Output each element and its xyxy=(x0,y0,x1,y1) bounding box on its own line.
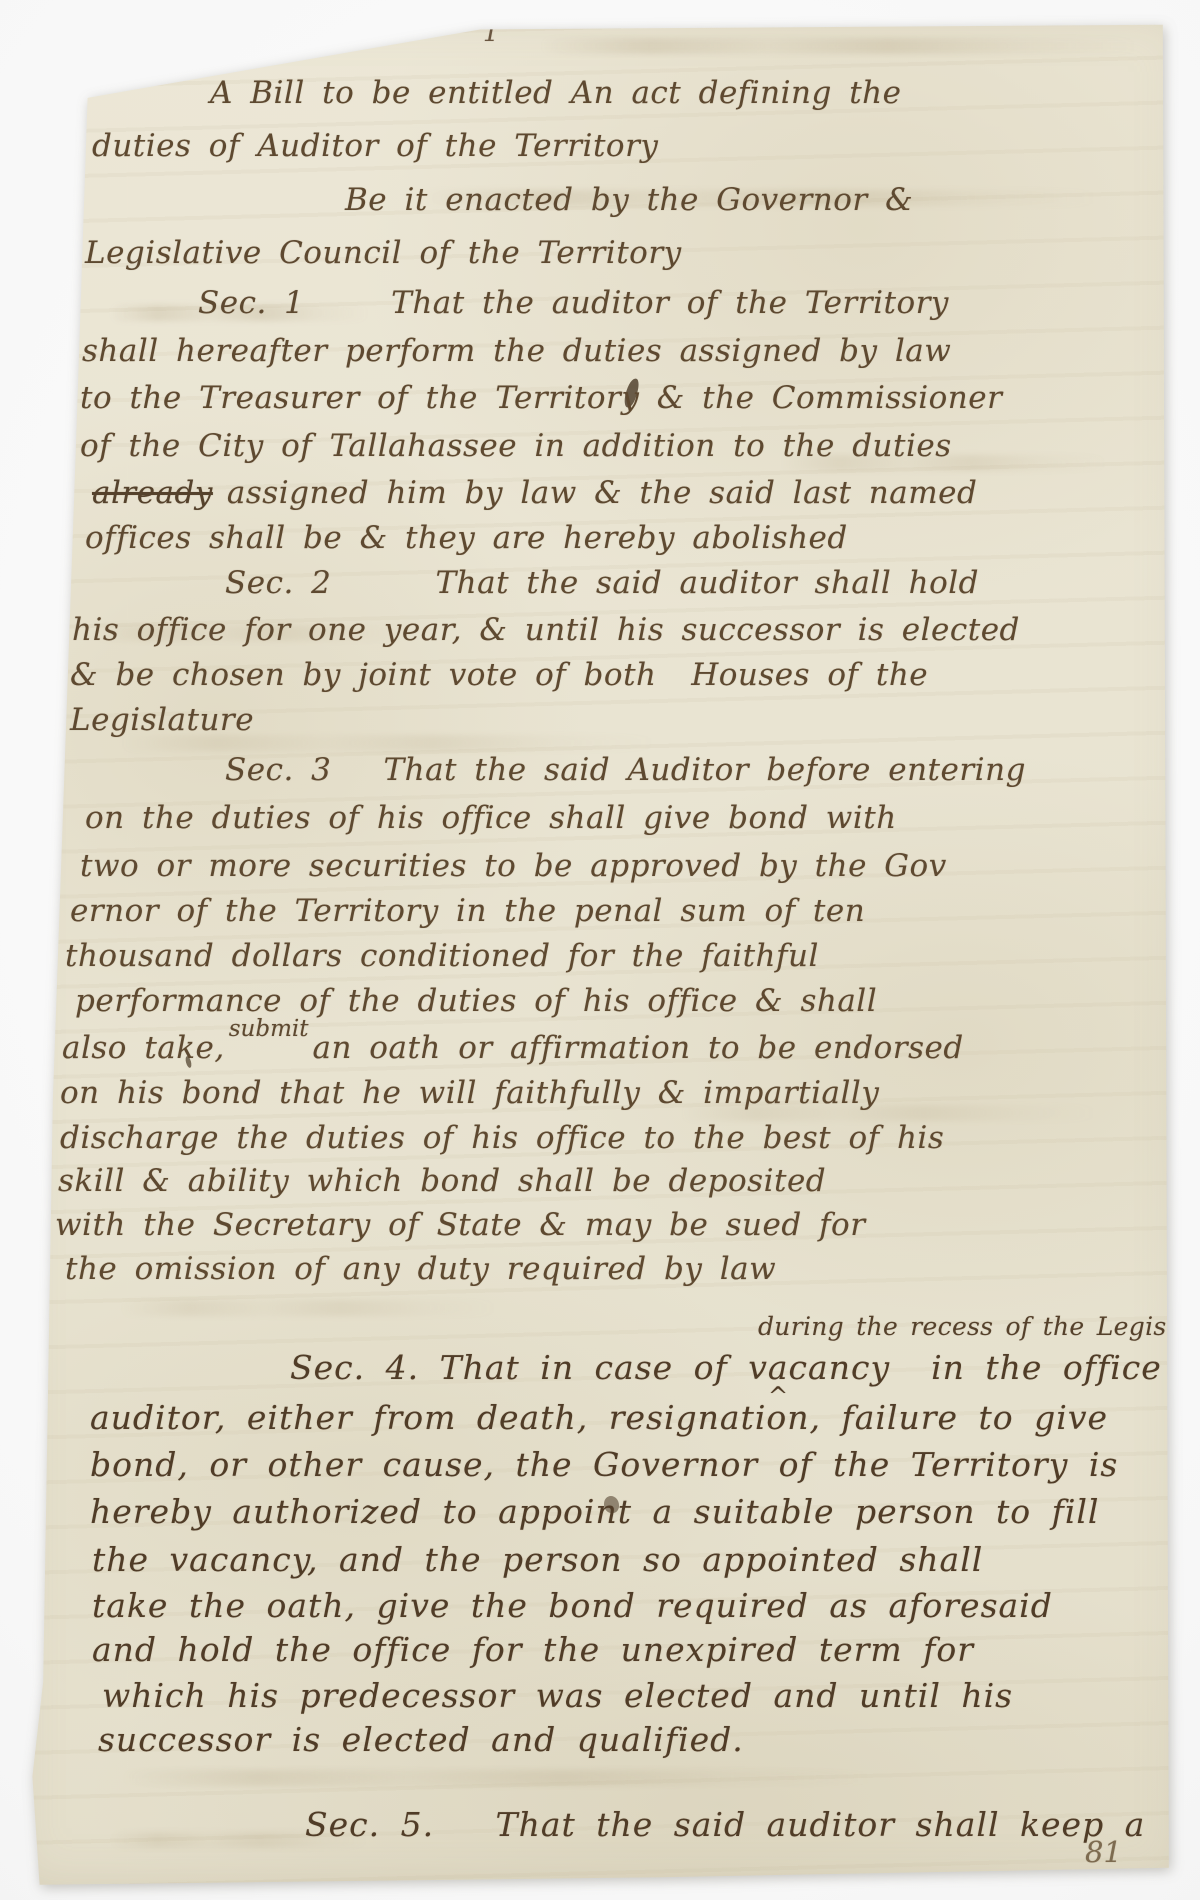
inserted-word: submit xyxy=(229,1016,309,1042)
section-4-line: successor is elected and qualified. xyxy=(98,1720,744,1759)
section-1-line-text: assigned him by law & the said last name… xyxy=(227,475,977,511)
section-4-line: and hold the office for the unexpired te… xyxy=(92,1630,974,1669)
section-4-line: Sec. 4. That in case of vacancy in the o… xyxy=(290,1348,1200,1387)
page-number-bottom: 81 xyxy=(1085,1835,1122,1869)
section-4-line: the vacancy, and the person so appointed… xyxy=(92,1540,983,1579)
section-3-line: the omission of any duty required by law xyxy=(65,1251,776,1287)
paper-sheet: 1 A Bill to be entitled An act defining … xyxy=(0,0,1200,1900)
enacting-clause-line-2: Legislative Council of the Territory xyxy=(85,235,682,271)
bleed-through-mark xyxy=(540,38,1140,54)
section-3-line: discharge the duties of his office to th… xyxy=(60,1120,944,1156)
section-1-line: Sec. 1 That the auditor of the Territory xyxy=(198,285,949,321)
section-1-line: alreadyassigned him by law & the said la… xyxy=(92,475,977,511)
section-3-line: with the Secretary of State & may be sue… xyxy=(55,1207,866,1243)
section-5-line: Sec. 5. That the said auditor shall keep… xyxy=(305,1805,1145,1844)
section-1-line: of the City of Tallahassee in addition t… xyxy=(80,428,952,464)
section-3-line-text: an oath or affirmation to be endorsed xyxy=(313,1030,964,1066)
struck-out-word: already xyxy=(92,475,213,511)
section-4-line: bond, or other cause, the Governor of th… xyxy=(90,1445,1118,1484)
page-number-top: 1 xyxy=(483,18,499,47)
section-3-line: skill & ability which bond shall be depo… xyxy=(58,1163,826,1199)
section-1-line: offices shall be & they are hereby aboli… xyxy=(85,520,848,556)
section-2-line: Legislature xyxy=(70,702,254,738)
section-3-line: thousand dollars conditioned for the fai… xyxy=(65,938,819,974)
section-1-line: shall hereafter perform the duties assig… xyxy=(82,333,951,369)
section-3-line: on the duties of his office shall give b… xyxy=(85,800,897,836)
section-2-line: & be chosen by joint vote of both Houses… xyxy=(70,657,928,693)
section-3-line-text: also take, xyxy=(62,1030,225,1066)
section-3-line: on his bond that he will faithfully & im… xyxy=(60,1075,879,1111)
section-4-line: which his predecessor was elected and un… xyxy=(102,1676,1013,1715)
section-4-line: auditor, either from death, resignation,… xyxy=(90,1398,1108,1437)
section-2-line: his office for one year, & until his suc… xyxy=(72,612,1020,648)
section-3-line: two or more securities to be approved by… xyxy=(80,848,947,884)
section-3-line: ernor of the Territory in the penal sum … xyxy=(70,893,865,929)
interlinear-insertion: during the recess of the Legislature xyxy=(758,1312,1200,1341)
bleed-through-mark xyxy=(120,1300,500,1316)
bill-title-line-1: A Bill to be entitled An act defining th… xyxy=(210,75,902,111)
bill-title-line-2: duties of Auditor of the Territory xyxy=(92,128,658,164)
section-4-line: hereby authorized to appoint a suitable … xyxy=(90,1492,1100,1531)
enacting-clause-line-1: Be it enacted by the Governor & xyxy=(345,182,913,218)
section-3-line: also take,submitan oath or affirmation t… xyxy=(62,1030,964,1066)
section-4-line: take the oath, give the bond required as… xyxy=(92,1586,1053,1625)
bleed-through-mark xyxy=(120,1770,880,1786)
section-2-line: Sec. 2 That the said auditor shall hold xyxy=(225,565,979,601)
section-1-line: to the Treasurer of the Territory & the … xyxy=(80,380,1002,416)
section-3-line: performance of the duties of his office … xyxy=(75,983,877,1019)
section-3-line: Sec. 3 That the said Auditor before ente… xyxy=(225,752,1026,788)
paper-shadow: 1 A Bill to be entitled An act defining … xyxy=(0,0,1200,1900)
scanned-document: 1 A Bill to be entitled An act defining … xyxy=(0,0,1200,1900)
